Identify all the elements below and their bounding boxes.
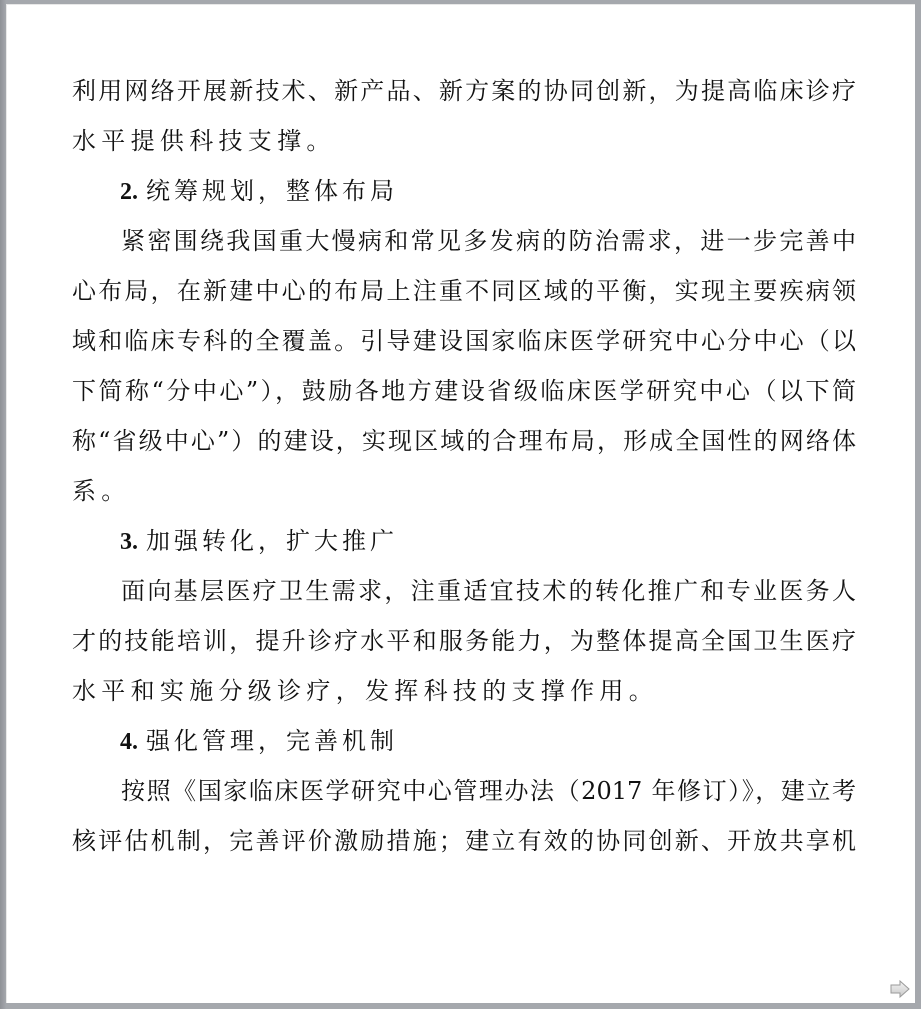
paragraph-line: 水平提供科技支撑。 <box>72 116 856 166</box>
paragraph-line: 才的技能培训，提升诊疗水平和服务能力，为整体提高全国卫生医疗 <box>72 616 856 666</box>
paragraph-line: 称“省级中心”）的建设，实现区域的合理布局，形成全国性的网络体 <box>72 416 856 466</box>
section-heading-3: 3.加强转化，扩大推广 <box>72 516 856 566</box>
paragraph-line: 域和临床专科的全覆盖。引导建设国家临床医学研究中心分中心（以 <box>72 316 856 366</box>
section-number: 4. <box>120 729 138 755</box>
paragraph-line: 面向基层医疗卫生需求，注重适宜技术的转化推广和专业医务人 <box>72 566 856 616</box>
section-heading-4: 4.强化管理，完善机制 <box>72 716 856 766</box>
paragraph-line: 按照《国家临床医学研究中心管理办法（2017 年修订）》，建立考 <box>72 766 856 816</box>
viewer-frame: 利用网络开展新技术、新产品、新方案的协同创新，为提高临床诊疗 水平提供科技支撑。… <box>0 0 921 1009</box>
right-arrow-icon <box>890 980 910 998</box>
document-page: 利用网络开展新技术、新产品、新方案的协同创新，为提高临床诊疗 水平提供科技支撑。… <box>6 4 915 1003</box>
section-title: 强化管理，完善机制 <box>146 727 398 755</box>
paragraph-line: 心布局，在新建中心的布局上注重不同区域的平衡，实现主要疾病领 <box>72 266 856 316</box>
paragraph-line: 核评估机制，完善评价激励措施；建立有效的协同创新、开放共享机 <box>72 816 856 866</box>
section-title: 加强转化，扩大推广 <box>146 527 398 555</box>
paragraph-line: 利用网络开展新技术、新产品、新方案的协同创新，为提高临床诊疗 <box>72 66 856 116</box>
paragraph-line: 系。 <box>72 466 856 516</box>
section-number: 3. <box>120 529 138 555</box>
paragraph-line: 水平和实施分级诊疗，发挥科技的支撑作用。 <box>72 666 856 716</box>
section-heading-2: 2.统筹规划，整体布局 <box>72 166 856 216</box>
section-number: 2. <box>120 179 138 205</box>
section-title: 统筹规划，整体布局 <box>146 177 398 205</box>
paragraph-line: 紧密围绕我国重大慢病和常见多发病的防治需求，进一步完善中 <box>72 216 856 266</box>
paragraph-line: 下简称“分中心”），鼓励各地方建设省级临床医学研究中心（以下简 <box>72 366 856 416</box>
next-page-button[interactable] <box>890 980 910 998</box>
document-content: 利用网络开展新技术、新产品、新方案的协同创新，为提高临床诊疗 水平提供科技支撑。… <box>72 66 856 866</box>
